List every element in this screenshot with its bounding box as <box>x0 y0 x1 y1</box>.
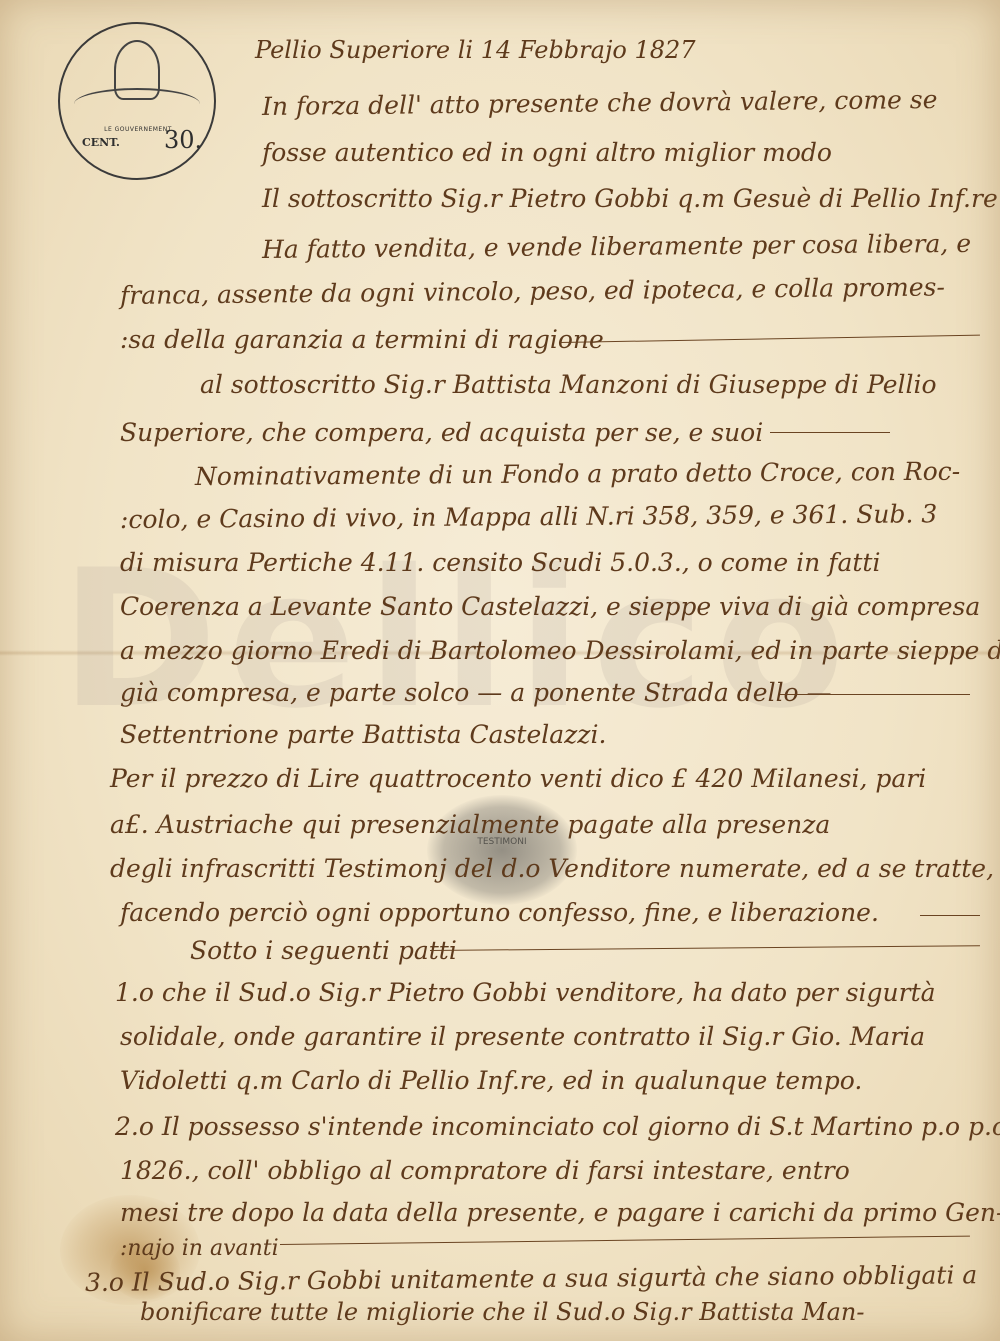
text-line: :najo in avanti <box>120 1236 279 1261</box>
text-line: degli infrascritti Testimonj del d.o Ven… <box>110 854 994 883</box>
text-line: 2.o Il possesso s'intende incominciato c… <box>115 1112 1000 1141</box>
text-line: Settentrione parte Battista Castelazzi. <box>120 720 606 749</box>
filler-stroke <box>560 335 980 343</box>
filler-stroke <box>430 945 980 951</box>
text-line: mesi tre dopo la data della presente, e … <box>120 1198 1000 1227</box>
text-line: In forza dell' atto presente che dovrà v… <box>262 85 938 121</box>
filler-stroke <box>920 915 980 916</box>
eagle-wings-icon <box>74 88 200 120</box>
text-line: bonificare tutte le migliorie che il Sud… <box>140 1298 864 1326</box>
text-line: solidale, onde garantire il presente con… <box>120 1022 925 1051</box>
revenue-stamp: LE GOUVERNEMENT CENT. 30. <box>58 22 216 180</box>
text-line: Superiore, che compera, ed acquista per … <box>120 418 763 447</box>
text-line: Vidoletti q.m Carlo di Pellio Inf.re, ed… <box>120 1066 862 1095</box>
text-line: Ha fatto vendita, e vende liberamente pe… <box>262 229 971 264</box>
stamp-value: 30. <box>164 126 202 154</box>
text-line: franca, assente da ogni vincolo, peso, e… <box>120 272 945 310</box>
document-page: Dellico LE GOUVERNEMENT CENT. 30. TESTIM… <box>0 0 1000 1341</box>
filler-stroke <box>770 432 890 433</box>
text-line: a£. Austriache qui presenzialmente pagat… <box>110 810 830 839</box>
text-line: a mezzo giorno Eredi di Bartolomeo Dessi… <box>120 636 1000 665</box>
stamp-denomination: CENT. <box>82 136 120 149</box>
text-line: Nominativamente di un Fondo a prato dett… <box>195 457 960 491</box>
text-line: al sottoscritto Sig.r Battista Manzoni d… <box>200 370 937 399</box>
text-line: già compresa, e parte solco — a ponente … <box>120 678 832 707</box>
text-line: :colo, e Casino di vivo, in Mappa alli N… <box>120 499 937 534</box>
text-line: 1826., coll' obbligo al compratore di fa… <box>120 1156 850 1185</box>
text-line: :sa della garanzia a termini di ragione <box>120 325 604 354</box>
text-line: fosse autentico ed in ogni altro miglior… <box>262 138 832 167</box>
date-line: Pellio Superiore li 14 Febbrajo 1827 <box>255 36 696 64</box>
filler-stroke <box>280 1236 970 1245</box>
text-line: Per il prezzo di Lire quattrocento venti… <box>110 764 926 793</box>
text-line: 1.o che il Sud.o Sig.r Pietro Gobbi vend… <box>115 978 936 1007</box>
filler-stroke <box>780 694 970 695</box>
text-line: Coerenza a Levante Santo Castelazzi, e s… <box>120 592 980 621</box>
text-line: facendo perciò ogni opportuno confesso, … <box>120 898 879 927</box>
text-line: di misura Pertiche 4.11. censito Scudi 5… <box>120 548 880 577</box>
text-line: Il sottoscritto Sig.r Pietro Gobbi q.m G… <box>262 184 998 213</box>
text-line: Sotto i seguenti patti <box>190 936 457 965</box>
text-line: 3.o Il Sud.o Sig.r Gobbi unitamente a su… <box>85 1260 977 1297</box>
